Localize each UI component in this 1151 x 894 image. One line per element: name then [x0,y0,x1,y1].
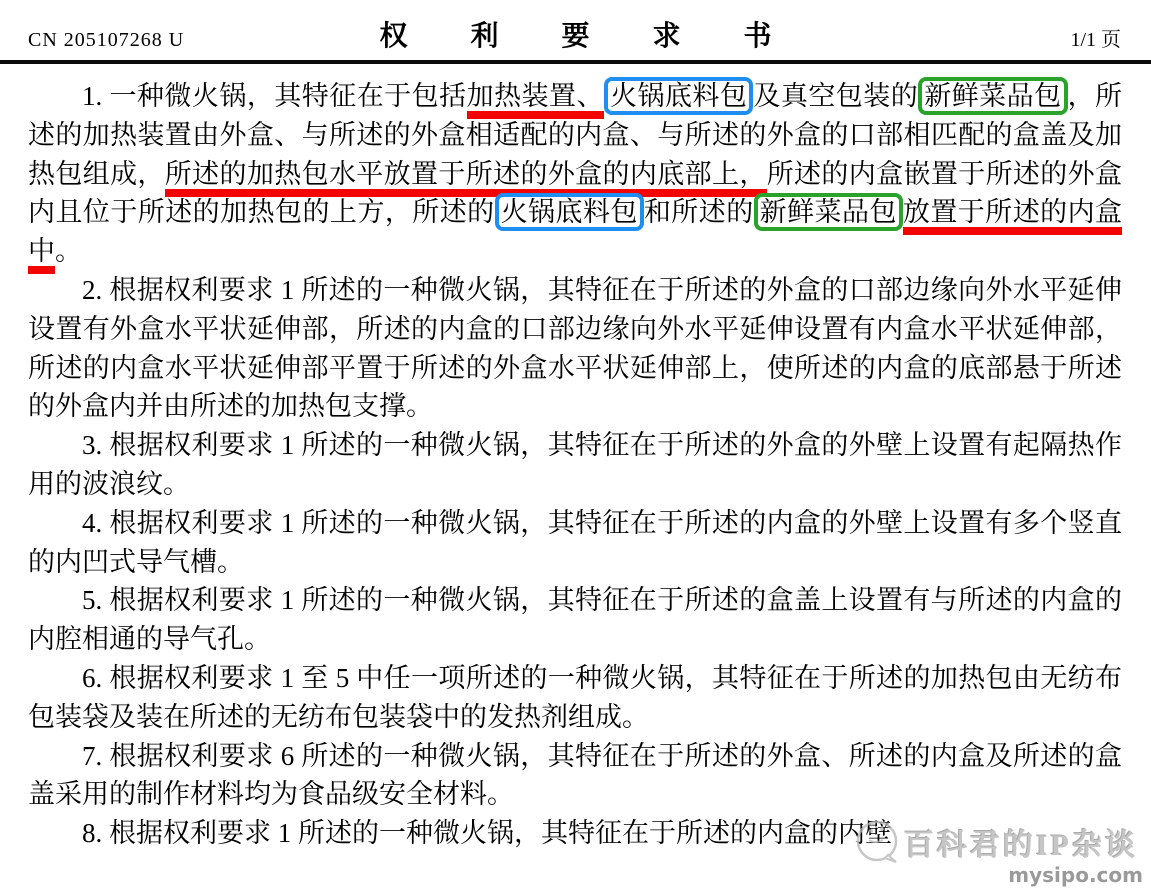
claim-paragraph: 8. 根据权利要求 1 所述的一种微火锅，其特征在于所述的内盒的内壁 [28,814,1122,853]
green-box-highlight: 新鲜菜品包 [918,77,1067,115]
claim-text: 8. 根据权利要求 1 所述的一种微火锅，其特征在于所述的内盒的内壁 [82,818,892,848]
site-watermark: mysipo.com [1008,863,1143,887]
claim-paragraph: 7. 根据权利要求 6 所述的一种微火锅，其特征在于所述的外盒、所述的内盒及所述… [28,737,1122,815]
claim-text: 5. 根据权利要求 1 所述的一种微火锅，其特征在于所述的盒盖上设置有与所述的内… [28,585,1122,654]
page-indicator: 1/1 页 [1070,23,1121,52]
claim-paragraph: 5. 根据权利要求 1 所述的一种微火锅，其特征在于所述的盒盖上设置有与所述的内… [28,581,1122,659]
claim-text: 和所述的 [644,197,754,227]
claim-text: 2. 根据权利要求 1 所述的一种微火锅，其特征在于所述的外盒的口部边缘向外水平… [28,275,1122,421]
red-underline-highlight: 所述的加热包水平放置于所述的外盒的内底部上， [165,159,767,197]
claim-paragraph: 2. 根据权利要求 1 所述的一种微火锅，其特征在于所述的外盒的口部边缘向外水平… [28,271,1122,426]
claim-paragraph: 6. 根据权利要求 1 至 5 中任一项所述的一种微火锅，其特征在于所述的加热包… [28,659,1122,737]
claims-list: 1. 一种微火锅，其特征在于包括加热装置、火锅底料包及真空包装的新鲜菜品包，所述… [0,64,1151,853]
claim-text: 6. 根据权利要求 1 至 5 中任一项所述的一种微火锅，其特征在于所述的加热包… [28,663,1122,732]
claim-paragraph: 1. 一种微火锅，其特征在于包括加热装置、火锅底料包及真空包装的新鲜菜品包，所述… [28,77,1122,271]
claim-paragraph: 4. 根据权利要求 1 所述的一种微火锅，其特征在于所述的内盒的外壁上设置有多个… [28,504,1122,582]
claim-text: 及真空包装的 [753,81,918,111]
claim-paragraph: 3. 根据权利要求 1 所述的一种微火锅，其特征在于所述的外盒的外壁上设置有起隔… [28,426,1122,504]
claim-text: 3. 根据权利要求 1 所述的一种微火锅，其特征在于所述的外盒的外壁上设置有起隔… [28,430,1122,499]
claim-text: 1. 一种微火锅，其特征在于包括 [82,81,467,111]
green-box-highlight: 新鲜菜品包 [754,193,903,231]
page-title: 权 利 要 求 书 [0,14,1151,54]
claim-text: 。 [55,236,82,266]
claim-text: 4. 根据权利要求 1 所述的一种微火锅，其特征在于所述的内盒的外壁上设置有多个… [28,508,1122,577]
red-underline-highlight: 加热装置、 [467,81,604,119]
page-header: CN 205107268 U 权 利 要 求 书 1/1 页 [0,0,1151,60]
blue-box-highlight: 火锅底料包 [495,193,644,231]
blue-box-highlight: 火锅底料包 [604,77,753,115]
patent-claims-page: CN 205107268 U 权 利 要 求 书 1/1 页 1. 一种微火锅，… [0,0,1151,894]
claim-text: 7. 根据权利要求 6 所述的一种微火锅，其特征在于所述的外盒、所述的内盒及所述… [28,741,1122,810]
